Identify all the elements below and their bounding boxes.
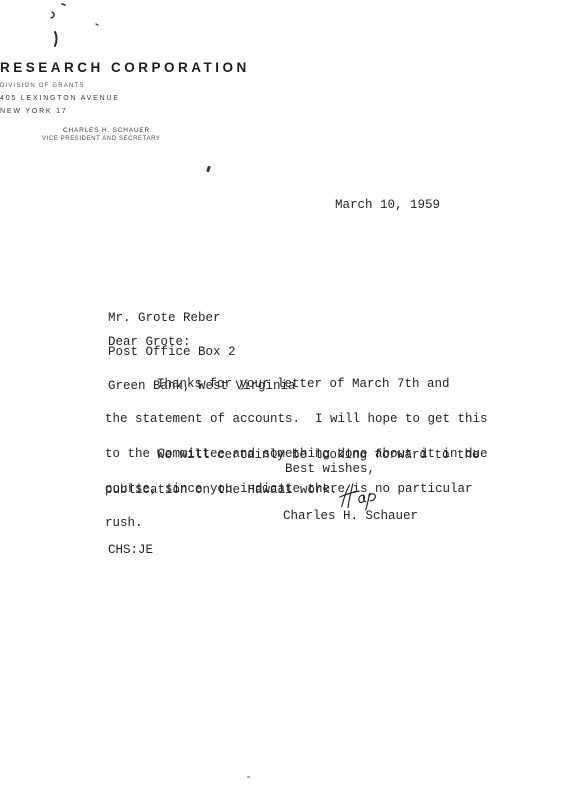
letterhead-city: NEW YORK 17 [0, 108, 582, 115]
closing-phrase: Best wishes, [285, 464, 375, 476]
letterhead-street-address: 405 LEXINGTON AVENUE [0, 95, 582, 102]
pencil-mark [28, 0, 108, 60]
scan-artifact-dot [247, 776, 250, 778]
letterhead-officer-name: CHARLES H. SCHAUER [63, 127, 150, 134]
scanned-letter-page: RESEARCH CORPORATION DIVISION OF GRANTS … [0, 0, 582, 800]
letter-date: March 10, 1959 [335, 200, 440, 212]
signer-name: Charles H. Schauer [283, 511, 418, 523]
letterhead-company-name: RESEARCH CORPORATION [0, 60, 582, 75]
letterhead-division: DIVISION OF GRANTS [0, 83, 582, 89]
recipient-name: Mr. Grote Reber [108, 313, 296, 324]
body-line: the statement of accounts. I will hope t… [105, 414, 488, 426]
scan-artifact-mark [206, 166, 211, 173]
body-line: publication on the Hawaii work. [105, 485, 480, 497]
salutation: Dear Grote: [108, 337, 191, 349]
letterhead-officer-title: VICE PRESIDENT AND SECRETARY [42, 136, 161, 142]
reference-initials: CHS:JE [108, 545, 153, 557]
body-line: We will certainly be looking forward to … [105, 450, 480, 462]
body-line: Thanks for your letter of March 7th and [105, 379, 488, 391]
